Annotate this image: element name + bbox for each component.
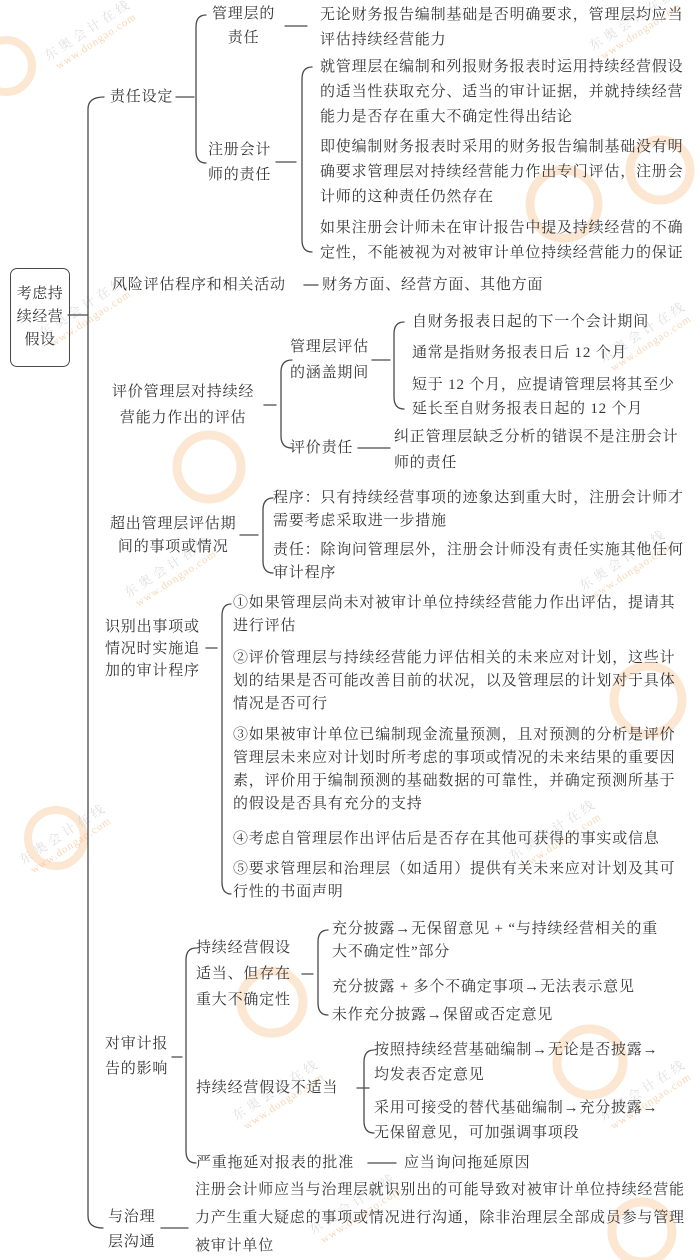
label-approval-delay: 严重拖延对报表的批准: [196, 1151, 354, 1175]
bracket-beyond: [263, 498, 273, 573]
connector-trunk: [88, 97, 104, 1228]
text-period-item: 通常是指财务报表日后 12 个月: [412, 341, 627, 365]
bracket-cpa: [302, 67, 312, 252]
label-report-impact: 对审计报 告的影响: [105, 1032, 168, 1082]
text-risk-assessment: 财务方面、经营方面、其他方面: [322, 273, 543, 297]
text-approval-delay: 应当询问拖延原因: [404, 1151, 530, 1175]
text-inappropriate-item: 采用可接受的替代基础编制→充分披露→ 无保留意见，可加强调事项段: [374, 1096, 658, 1146]
root-title: 考虑持 续经营 假设: [17, 283, 64, 352]
text-procedure-item: ⑤要求管理层和治理层（如适用）提供有关未来应对计划及其可 行性的书面声明: [233, 858, 675, 904]
text-appropriate-item: 充分披露 + 多个不确定事项→无法表示意见: [332, 976, 635, 999]
text-procedure-item: ②评价管理层与持续经营能力评估相关的未来应对计划，这些计 划的结果是否可能改善目…: [233, 647, 675, 716]
label-evaluation-duty: 评价责任: [290, 436, 353, 460]
mindmap-going-concern: 东奥会计在线www.dongao.com 东奥会计在线www.dongao.co…: [0, 0, 700, 1260]
text-management-duty: 无论财务报告编制基础是否明确要求，管理层均应当 评估持续经营能力: [320, 3, 683, 53]
bracket-report: [186, 948, 196, 1163]
text-evaluation-duty: 纠正管理层缺乏分析的错误不是注册会计 师的责任: [394, 424, 678, 476]
text-cpa-duty-item: 就管理层在编制和列报财务报表时运用持续经营假设 的适当性获取充分、适当的审计证据…: [320, 55, 683, 130]
text-beyond-item: 程序：只有持续经营事项的迹象达到重大时，注册会计师才 需要考虑采取进一步措施: [273, 487, 684, 533]
label-cpa-duty: 注册会计 师的责任: [208, 138, 271, 188]
label-governance: 与治理 层沟通: [108, 1205, 155, 1255]
root-node: 考虑持 续经营 假设: [10, 268, 70, 367]
bracket-period: [394, 322, 404, 409]
bracket-responsibility: [196, 15, 206, 163]
bracket-appropriate: [318, 930, 328, 1015]
label-inappropriate: 持续经营假设不适当: [196, 1076, 338, 1100]
bracket-identified: [222, 604, 231, 894]
text-governance: 注册会计师应当与治理层就识别出的可能导致对被审计单位持续经营能 力产生重大疑虑的…: [195, 1176, 685, 1260]
text-cpa-duty-item: 如果注册会计师未在审计报告中提及持续经营的不确 定性，不能被视为对被审计单位持续…: [320, 216, 683, 266]
label-appropriate: 持续经营假设 适当、但存在 重大不确定性: [196, 935, 291, 1013]
label-risk-assessment: 风险评估程序和相关活动: [112, 273, 286, 297]
text-beyond-item: 责任：除询问管理层外，注册会计师没有责任实施其他任何 审计程序: [273, 539, 684, 585]
label-beyond-period: 超出管理层评估期 间的事项或情况: [110, 513, 236, 559]
text-cpa-duty-item: 即使编制财务报表时采用的财务报告编制基础没有明 确要求管理层对持续经营能力作出专…: [320, 135, 683, 210]
label-management-duty: 管理层的 责任: [212, 2, 275, 50]
text-appropriate-item: 充分披露→无保留意见 + “与持续经营相关的重 大不确定性”部分: [332, 918, 658, 964]
bracket-inappropriate: [364, 1050, 374, 1133]
text-procedure-item: ③如果被审计单位已编制现金流量预测，且对预测的分析是评价 管理层未来应对计划时所…: [233, 724, 675, 816]
text-appropriate-item: 未作充分披露→保留或否定意见: [332, 1004, 553, 1027]
label-evaluate-assessment: 评价管理层对持续经 营能力作出的评估: [112, 379, 254, 431]
label-additional-procedures: 识别出事项或 情况时实施追 加的审计程序: [105, 616, 200, 682]
text-inappropriate-item: 按照持续经营基础编制→无论是否披露→ 均发表否定意见: [374, 1038, 658, 1088]
label-responsibility: 责任设定: [110, 85, 173, 109]
text-period-item: 自财务报表日起的下一个会计期间: [412, 310, 649, 334]
text-procedure-item: ④考虑自管理层作出评估后是否存在其他可获得的事实或信息: [233, 828, 660, 851]
label-assessment-period: 管理层评估 的涵盖期间: [290, 334, 369, 386]
text-procedure-item: ①如果管理层尚未对被审计单位持续经营能力作出评估，提请其 进行评估: [233, 592, 675, 638]
text-period-item: 短于 12 个月，应提请管理层将其至少 延长至自财务报表日起的 12 个月: [412, 373, 675, 421]
